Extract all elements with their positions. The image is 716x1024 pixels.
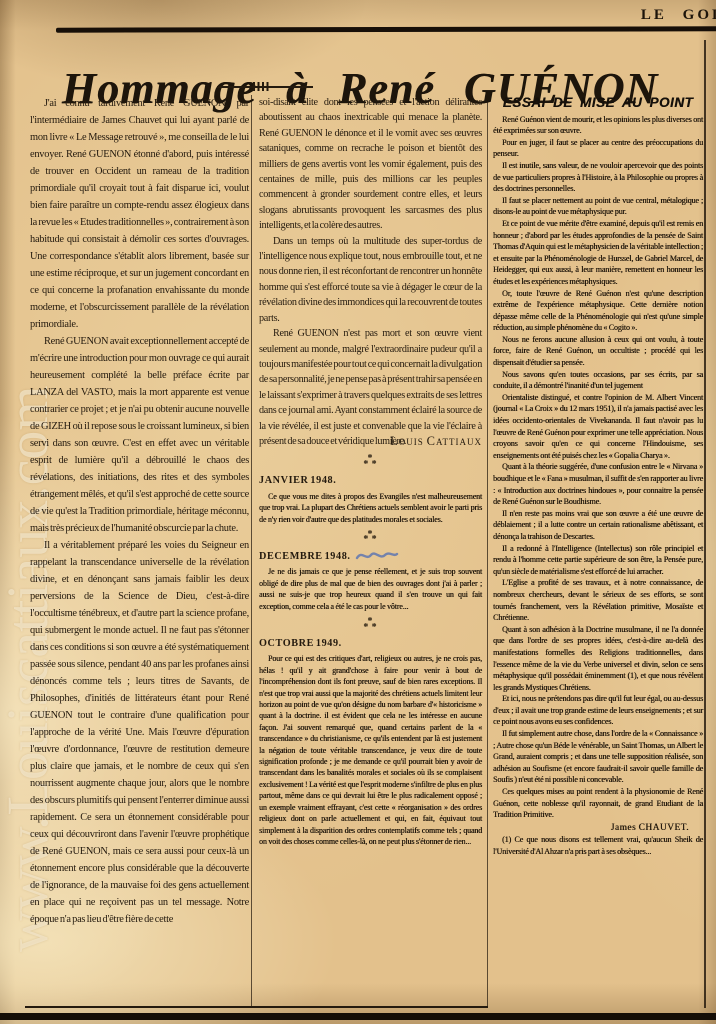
essay-paragraph: Orientaliste distingué, et contre l'opin… — [493, 392, 703, 462]
essay-footnote: (1) Ce que nous disons est tellement vra… — [493, 834, 703, 857]
article-column-2: soi-disant élite dont les pensées et l'a… — [259, 95, 482, 847]
title-divider-ticks — [253, 82, 270, 91]
essay-paragraph: Quant à la théorie suggérée, d'une confu… — [493, 461, 703, 507]
essay-paragraph: Nous ne ferons aucune allusion à ceux qu… — [493, 334, 703, 369]
letter-body: Je ne dis jamais ce que je pense réellem… — [259, 566, 482, 612]
essay-column: ESSAI DE MISE AU POINT René Guénon vient… — [493, 97, 703, 858]
newspaper-masthead: LE GOL — [641, 7, 716, 24]
essay-paragraph: Or, toute l'œuvre de René Guénon n'est q… — [493, 288, 703, 334]
letter-date-decembre-1948: DECEMBRE 1948. — [259, 549, 482, 564]
essay-paragraph: Ces quelques mises au point rendent à la… — [493, 786, 703, 821]
essay-paragraph: Et ici, nous ne prétendons pas dire qu'i… — [493, 693, 703, 728]
asterism-divider: * * * — [259, 456, 482, 467]
essay-paragraph: Il est inutile, sans valeur, de ne voulo… — [493, 160, 703, 195]
page-edge-rule — [704, 40, 706, 1008]
essay-paragraph: Et ce point de vue mérite d'être examiné… — [493, 218, 703, 288]
article-paragraph: J'ai connu tardivement René GUENON, par … — [30, 95, 249, 333]
essay-paragraph: Il a redonné à l'Intelligence (Intellect… — [493, 543, 703, 578]
newspaper-page: www.Louiscattiaux.com LE GOL Hommage à R… — [0, 0, 716, 1024]
asterism-divider: * * * — [259, 619, 482, 630]
article-paragraph: soi-disant élite dont les pensées et l'a… — [259, 95, 482, 234]
column-divider-1 — [251, 95, 252, 1007]
essay-paragraph: René Guénon vient de mourir, et les opin… — [493, 114, 703, 137]
essay-paragraph: Il faut se placer nettement au point de … — [493, 195, 703, 218]
letter-date-janvier-1948: JANVIER 1948. — [259, 473, 482, 488]
article-column-1: J'ai connu tardivement René GUENON, par … — [30, 95, 249, 928]
bottom-rule-thick — [0, 1013, 716, 1020]
essay-paragraph: L'Eglise a profité de ses travaux, et à … — [493, 577, 703, 623]
article-paragraph: Dans un temps où la multitude des super-… — [259, 234, 482, 326]
essay-paragraph: Il fut simplement autre chose, dans l'or… — [493, 728, 703, 786]
letter-date-octobre-1949: OCTOBRE 1949. — [259, 636, 482, 651]
letter-body: Ce que vous me dites à propos des Evangi… — [259, 491, 482, 525]
essay-heading: ESSAI DE MISE AU POINT — [493, 97, 703, 109]
article-paragraph: René GUENON avait exceptionnellement acc… — [30, 333, 249, 537]
bottom-rule-thin — [25, 1006, 488, 1008]
article-paragraph: René GUENON n'est pas mort et son œuvre … — [259, 326, 482, 449]
letter-body: Pour ce qui est des critiques d'art, rel… — [259, 653, 482, 847]
blue-ink-mark — [355, 548, 399, 563]
essay-paragraph: Nous savons qu'en toutes occasions, par … — [493, 369, 703, 392]
essay-signature: James CHAUVET. — [493, 823, 703, 835]
essay-paragraph: Quant à son adhésion à la Doctrine musul… — [493, 624, 703, 694]
asterism-divider: * * * — [259, 532, 482, 543]
essay-paragraph: Il n'en reste pas moins vrai que son œuv… — [493, 508, 703, 543]
header-rule — [56, 26, 716, 32]
essay-paragraph: Pour en juger, il faut se placer au cent… — [493, 137, 703, 160]
article-paragraph: Il a véritablement préparé les voies du … — [30, 537, 249, 928]
column-divider-2 — [487, 95, 488, 1007]
